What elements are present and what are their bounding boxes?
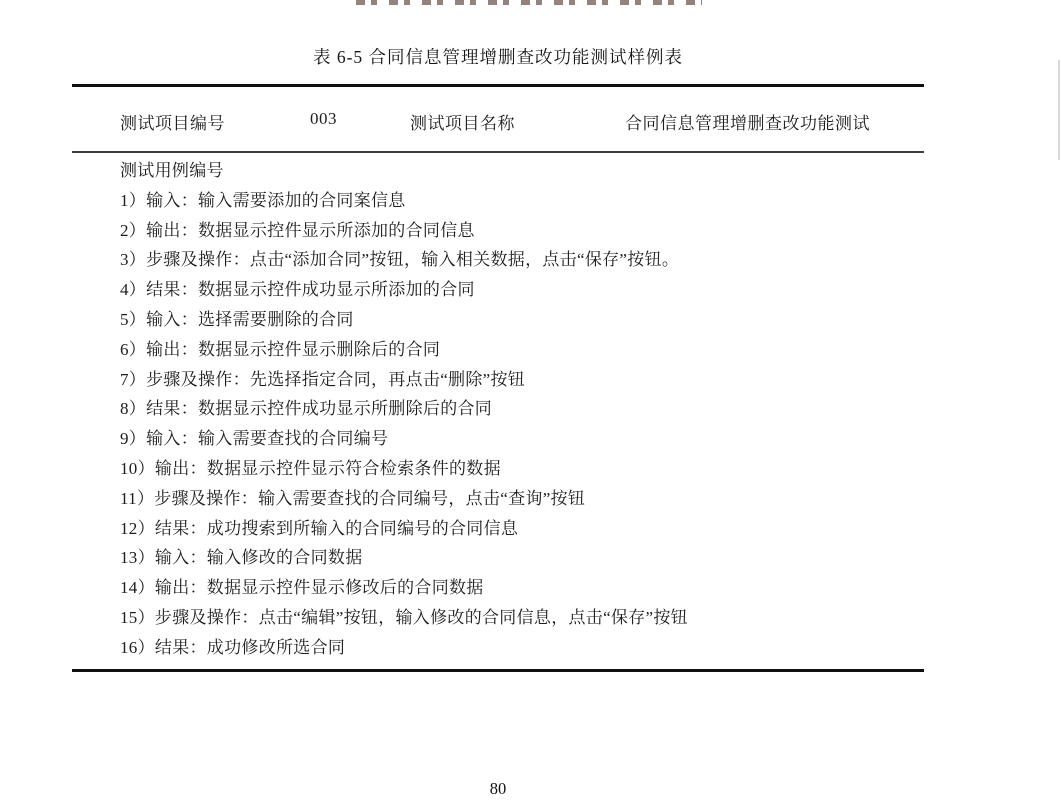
page-number: 80 — [72, 779, 924, 799]
test-case-table: 测试项目编号 003 测试项目名称 合同信息管理增删查改功能测试 测试用例编号 … — [72, 84, 924, 672]
test-step-row: 12）结果：成功搜索到所输入的合同编号的合同信息 — [120, 514, 914, 544]
test-step-row: 6）输出：数据显示控件显示删除后的合同 — [120, 335, 914, 365]
test-step-row: 2）输出：数据显示控件显示所添加的合同信息 — [120, 216, 914, 246]
scan-edge-artifact — [1058, 60, 1060, 160]
test-project-id-label: 测试项目编号 — [120, 109, 225, 134]
test-step-row: 7）步骤及操作：先选择指定合同，再点击“删除”按钮 — [120, 365, 914, 395]
test-step-row: 13）输入：输入修改的合同数据 — [120, 543, 914, 573]
test-step-row: 8）结果：数据显示控件成功显示所删除后的合同 — [120, 394, 914, 424]
cropped-figure-caption — [356, 0, 702, 5]
test-project-name-value: 合同信息管理增删查改功能测试 — [625, 109, 870, 134]
test-step-row: 9）输入：输入需要查找的合同编号 — [120, 424, 914, 454]
test-step-row: 10）输出：数据显示控件显示符合检索条件的数据 — [120, 454, 914, 484]
table-header-row: 测试项目编号 003 测试项目名称 合同信息管理增删查改功能测试 — [72, 87, 924, 153]
test-step-row: 15）步骤及操作：点击“编辑”按钮，输入修改的合同信息，点击“保存”按钮 — [120, 603, 914, 633]
test-step-row: 16）结果：成功修改所选合同 — [120, 633, 914, 663]
test-step-row: 3）步骤及操作：点击“添加合同”按钮，输入相关数据，点击“保存”按钮。 — [120, 245, 914, 275]
test-project-id-value: 003 — [310, 109, 337, 129]
test-project-name-label: 测试项目名称 — [410, 109, 515, 134]
table-caption: 表 6-5 合同信息管理增删查改功能测试样例表 — [72, 44, 924, 69]
table-body: 测试用例编号 1）输入：输入需要添加的合同案信息 2）输出：数据显示控件显示所添… — [72, 153, 924, 669]
test-step-row: 4）结果：数据显示控件成功显示所添加的合同 — [120, 275, 914, 305]
document-page: 表 6-5 合同信息管理增删查改功能测试样例表 测试项目编号 003 测试项目名… — [0, 0, 1061, 812]
test-case-id-label: 测试用例编号 — [120, 156, 914, 186]
test-step-row: 11）步骤及操作：输入需要查找的合同编号，点击“查询”按钮 — [120, 484, 914, 514]
test-step-row: 5）输入：选择需要删除的合同 — [120, 305, 914, 335]
test-step-row: 1）输入：输入需要添加的合同案信息 — [120, 186, 914, 216]
test-step-row: 14）输出：数据显示控件显示修改后的合同数据 — [120, 573, 914, 603]
